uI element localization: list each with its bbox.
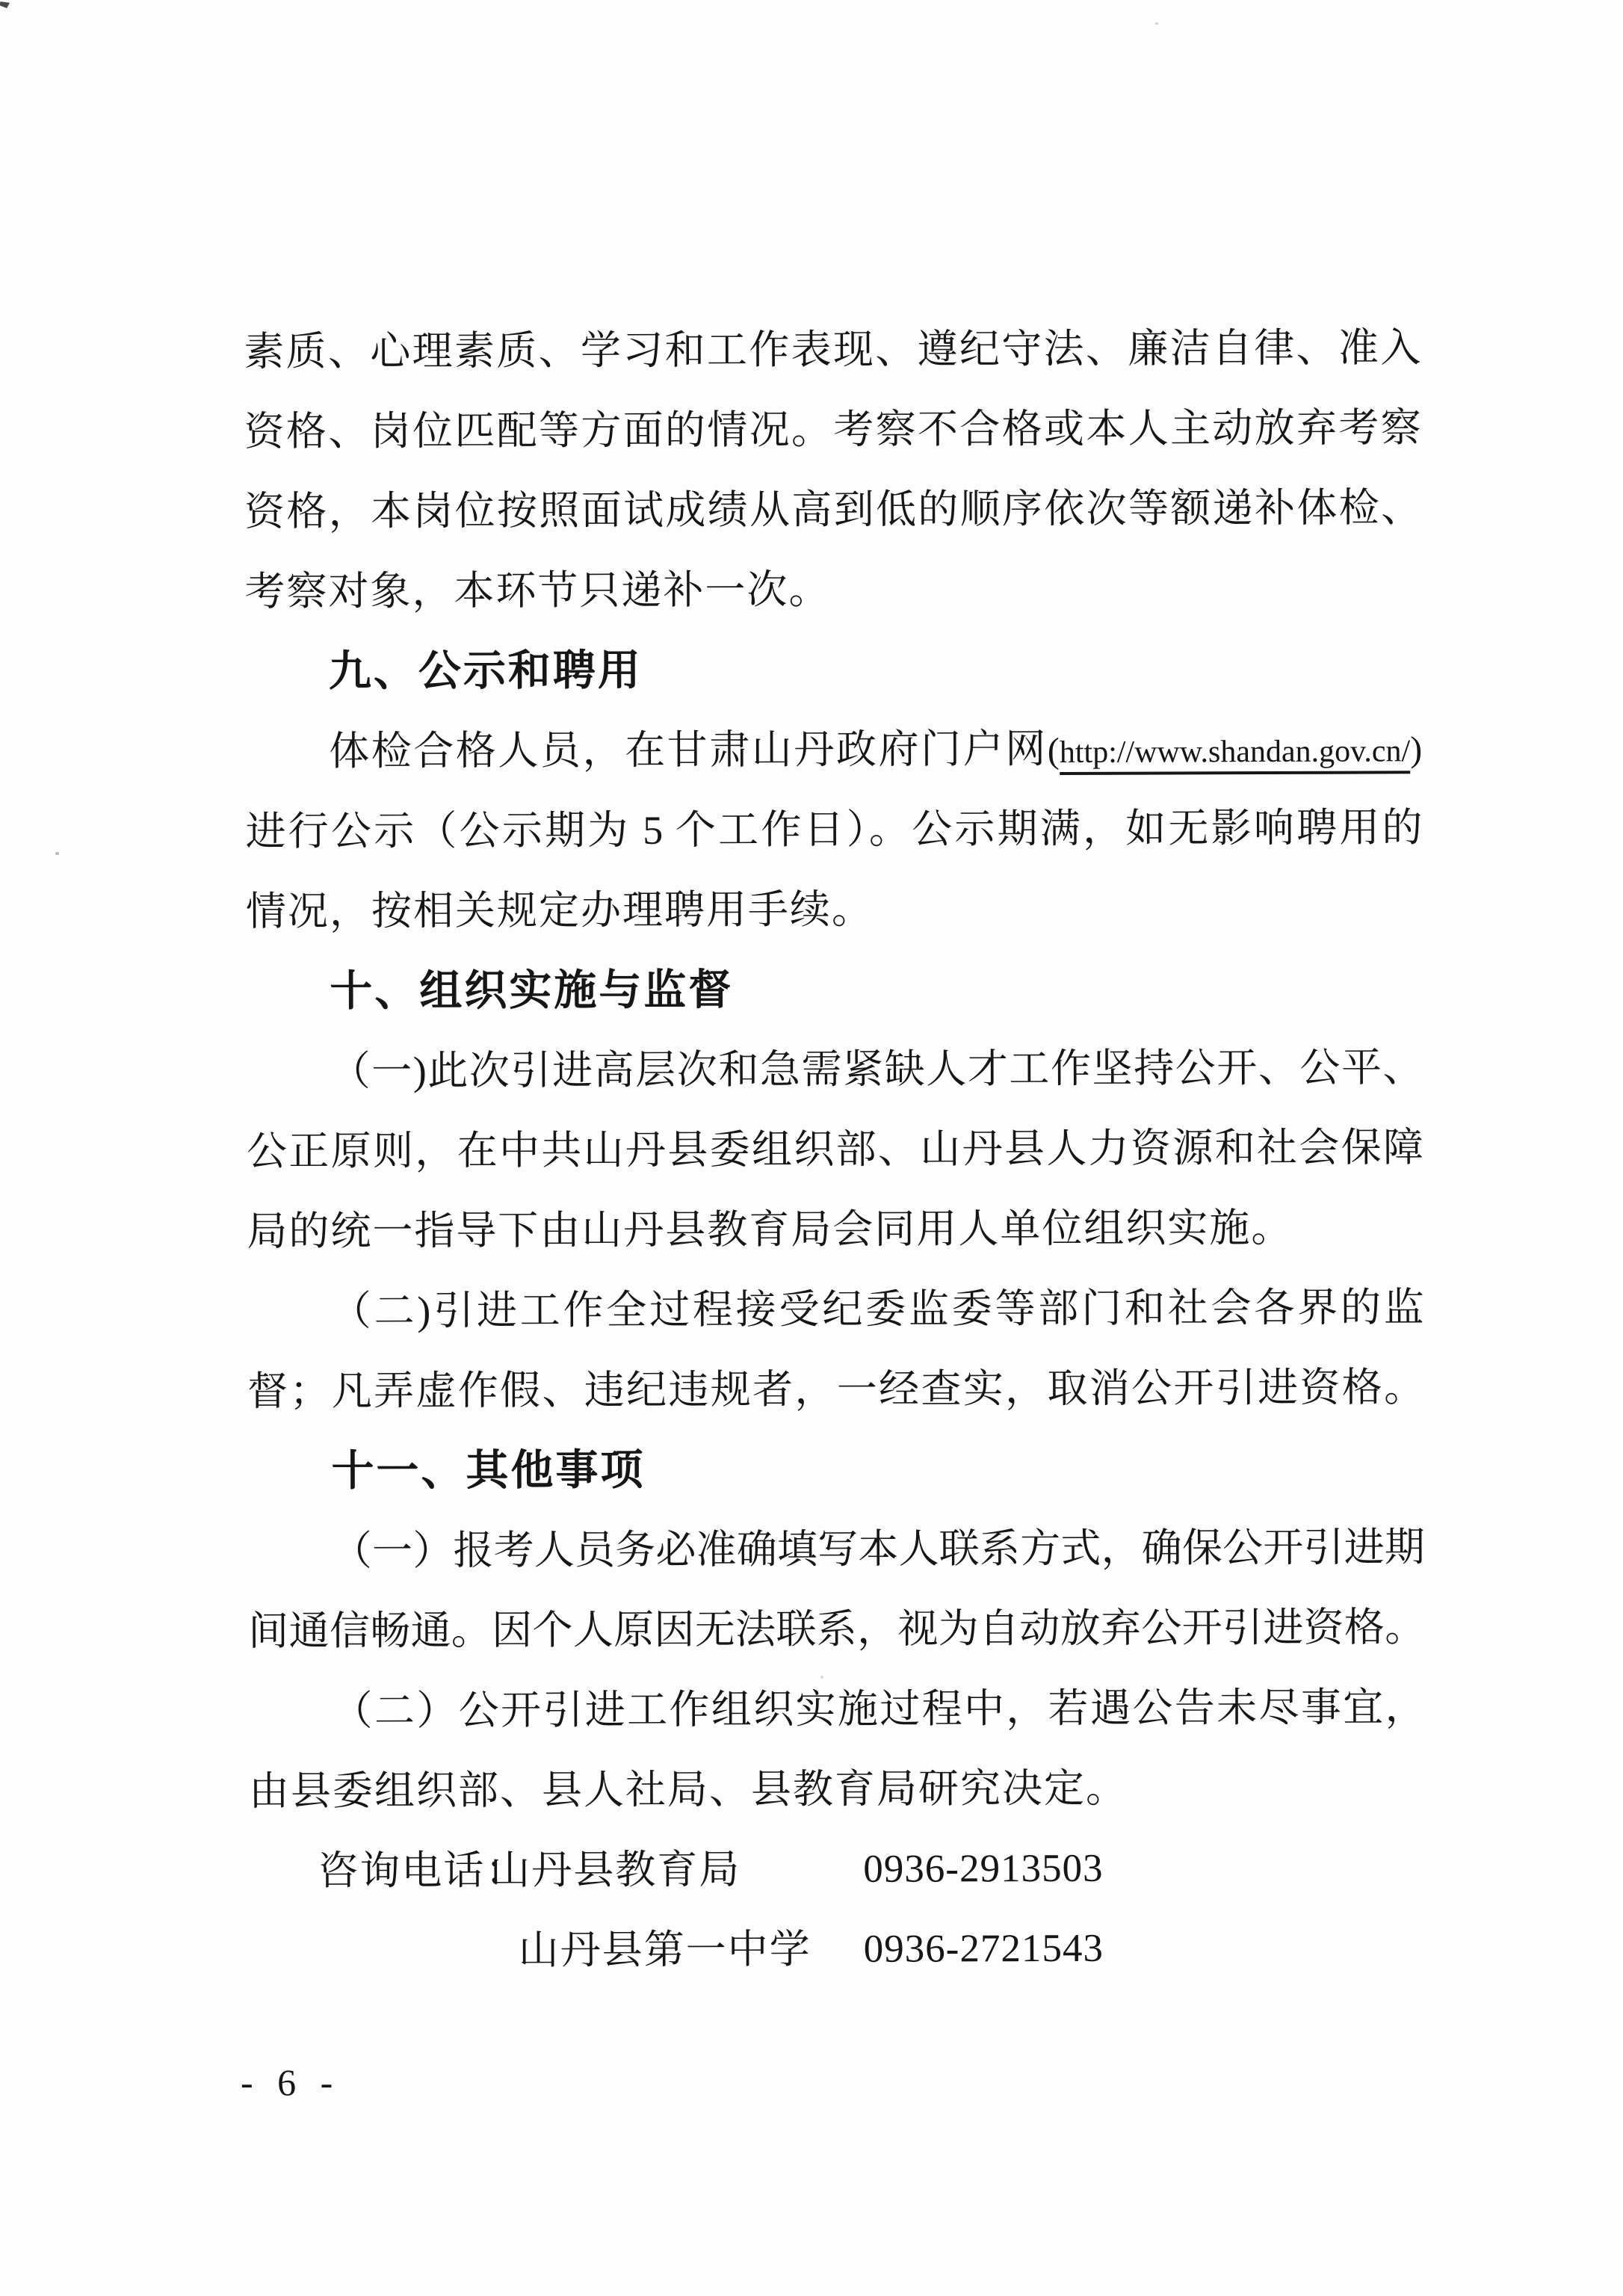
open-paren: ( [1048, 731, 1060, 771]
body-line: （一）报考人员务必准确填写本人联系方式，确保公开引进期 [248, 1507, 1425, 1591]
section-heading-9: 九、公示和聘用 [245, 628, 1422, 712]
contact-line-2: 山丹县第一中学 0936-2721543 [250, 1907, 1426, 1991]
body-line: （二)引进工作全过程接受纪委监委等部门和社会各界的监 [247, 1268, 1424, 1351]
scan-speck [1155, 22, 1158, 25]
document-text-block: 素质、心理素质、学习和工作表现、遵纪守法、廉洁自律、准入 资格、岗位匹配等方面的… [244, 308, 1426, 1991]
body-line: 情况，按相关规定办理聘用手续。 [246, 868, 1423, 951]
body-line: 考察对象，本环节只递补一次。 [244, 548, 1421, 632]
scanned-document-page: 素质、心理素质、学习和工作表现、遵纪守法、廉洁自律、准入 资格、岗位匹配等方面的… [0, 0, 1623, 2296]
contact-phone-number-1: 0936-2913503 [863, 1829, 1104, 1910]
body-line: 公正原则，在中共山丹县委组织部、山丹县人力资源和社会保障 [247, 1108, 1423, 1191]
body-line: 间通信畅通。因个人原因无法联系，视为自动放弃公开引进资格。 [248, 1587, 1425, 1671]
body-line: 进行公示（公示期为 5 个工作日）。公示期满，如无影响聘用的 [245, 788, 1422, 871]
body-line-with-url: 体检合格人员，在甘肃山丹政府门户网(http://www.shandan.gov… [245, 708, 1422, 791]
contact-org-education-bureau: 山丹县教育局 [489, 1830, 741, 1910]
body-line: 局的统一指导下由山丹县教育局会同用人单位组织实施。 [247, 1188, 1423, 1271]
scan-speck [0, 1, 10, 8]
body-line: 资格、岗位匹配等方面的情况。考察不合格或本人主动放弃考察 [244, 388, 1420, 472]
scan-speck [820, 1676, 823, 1679]
body-line: 由县委组织部、县人社局、县教育局研究决定。 [249, 1747, 1426, 1831]
body-line: （一)此次引进高层次和急需紧缺人才工作坚持公开、公平、 [246, 1028, 1423, 1111]
contact-org-no1-middle-school: 山丹县第一中学 [519, 1910, 811, 1990]
body-line: 资格，本岗位按照面试成绩从高到低的顺序依次等额递补体检、 [244, 468, 1421, 552]
close-paren: ) [1410, 729, 1422, 769]
page-number: - 6 - [241, 2060, 340, 2105]
contact-line-1: 咨询电话： 山丹县教育局 0936-2913503 [249, 1827, 1426, 1911]
contact-phone-number-2: 0936-2721543 [864, 1909, 1104, 1990]
body-line-prefix: 体检合格人员，在甘肃山丹政府门户网 [329, 726, 1048, 774]
section-heading-10: 十、组织实施与监督 [246, 948, 1423, 1031]
portal-url: http://www.shandan.gov.cn/ [1060, 734, 1411, 775]
scan-speck [55, 852, 59, 855]
body-line: 督；凡弄虚作假、违纪违规者，一经查实，取消公开引进资格。 [247, 1348, 1424, 1431]
body-line: （二）公开引进工作组织实施过程中，若遇公告未尽事宜， [248, 1667, 1425, 1751]
section-heading-11: 十一、其他事项 [247, 1428, 1424, 1511]
body-line: 素质、心理素质、学习和工作表现、遵纪守法、廉洁自律、准入 [244, 308, 1420, 392]
